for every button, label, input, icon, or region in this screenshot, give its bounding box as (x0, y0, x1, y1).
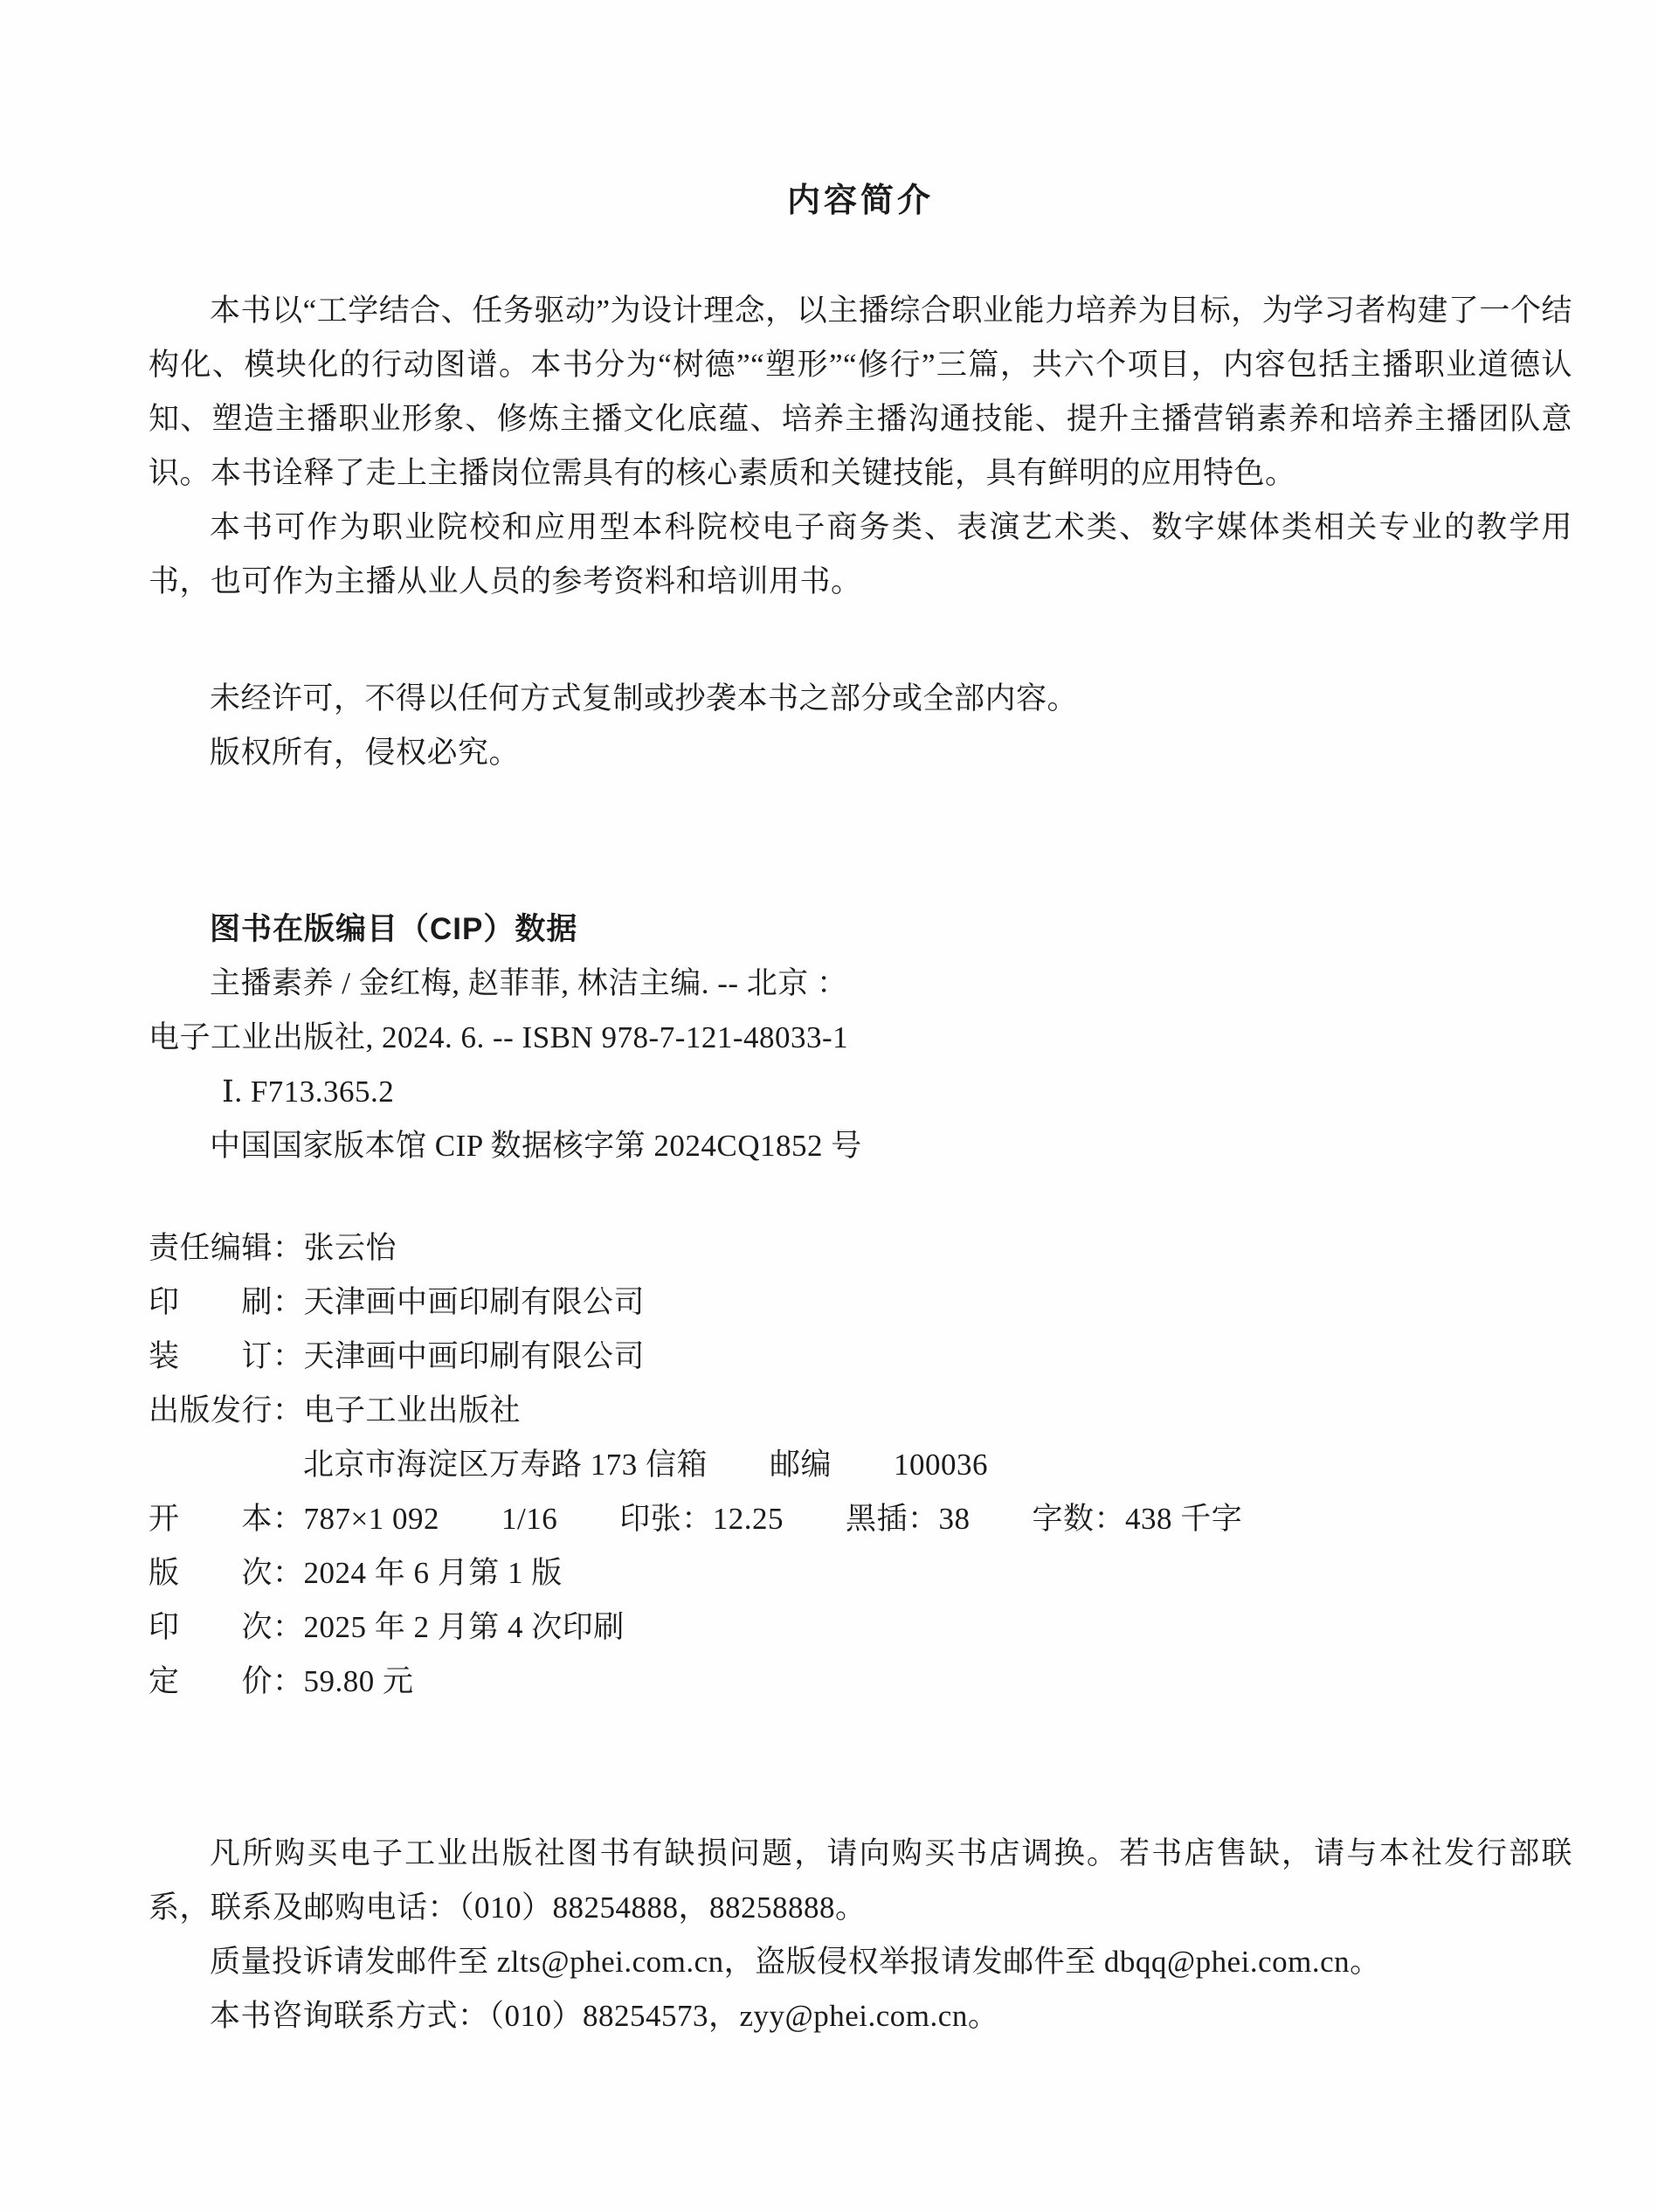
imprint-row-printer: 印 刷：天津画中画印刷有限公司 (149, 1275, 1572, 1330)
copyright-notice-section: 未经许可，不得以任何方式复制或抄袭本书之部分或全部内容。 版权所有，侵权必究。 (149, 672, 1572, 780)
imprint-value: 787×1 092 1/16 印张：12.25 黑插：38 字数：438 千字 (304, 1502, 1243, 1536)
imprint-label: 开 本： (149, 1492, 304, 1546)
imprint-row-address: 北京市海淀区万寿路 173 信箱 邮编 100036 (149, 1438, 1572, 1492)
imprint-row-editor: 责任编辑：张云怡 (149, 1221, 1572, 1275)
page-title: 内容简介 (149, 179, 1572, 223)
cip-data-section: 图书在版编目（CIP）数据 主播素养 / 金红梅, 赵菲菲, 林洁主编. -- … (149, 902, 1572, 1173)
imprint-label: 定 价： (149, 1655, 304, 1709)
imprint-row-price: 定 价：59.80 元 (149, 1655, 1572, 1709)
imprint-label: 版 次： (149, 1546, 304, 1600)
cip-heading: 图书在版编目（CIP）数据 (149, 902, 1572, 957)
footer-notes-section: 凡所购买电子工业出版社图书有缺损问题，请向购买书店调换。若书店售缺，请与本社发行… (149, 1827, 1572, 2043)
imprint-label: 责任编辑： (149, 1221, 304, 1275)
imprint-value: 电子工业出版社 (304, 1393, 522, 1427)
imprint-value: 张云怡 (304, 1231, 397, 1265)
complaint-email-notice: 质量投诉请发邮件至 zlts@phei.com.cn，盗版侵权举报请发邮件至 d… (149, 1935, 1572, 1989)
imprint-value: 59.80 元 (304, 1664, 414, 1698)
imprint-label: 出版发行： (149, 1384, 304, 1438)
inquiry-contact-notice: 本书咨询联系方式：（010）88254573，zyy@phei.com.cn。 (149, 1989, 1572, 2043)
imprint-value: 天津画中画印刷有限公司 (304, 1339, 646, 1373)
imprint-value: 北京市海淀区万寿路 173 信箱 邮编 100036 (303, 1448, 988, 1482)
imprint-row-binder: 装 订：天津画中画印刷有限公司 (149, 1330, 1572, 1384)
cip-publisher-isbn-line: 电子工业出版社, 2024. 6. -- ISBN 978-7-121-4803… (149, 1011, 1572, 1065)
imprint-row-edition: 版 次：2024 年 6 月第 1 版 (149, 1546, 1572, 1600)
imprint-value: 2025 年 2 月第 4 次印刷 (304, 1610, 625, 1644)
intro-paragraph-1: 本书以“工学结合、任务驱动”为设计理念，以主播综合职业能力培养为目标，为学习者构… (149, 284, 1572, 501)
imprint-row-publisher: 出版发行：电子工业出版社 (149, 1384, 1572, 1438)
imprint-label: 装 订： (149, 1330, 304, 1384)
purchase-exchange-notice: 凡所购买电子工业出版社图书有缺损问题，请向购买书店调换。若书店售缺，请与本社发行… (149, 1827, 1572, 1935)
imprint-label: 印 刷： (149, 1275, 304, 1330)
imprint-value: 2024 年 6 月第 1 版 (304, 1556, 563, 1590)
intro-section: 本书以“工学结合、任务驱动”为设计理念，以主播综合职业能力培养为目标，为学习者构… (149, 284, 1572, 609)
book-copyright-page: 内容简介 本书以“工学结合、任务驱动”为设计理念，以主播综合职业能力培养为目标，… (0, 0, 1658, 2212)
cip-record-number-line: 中国国家版本馆 CIP 数据核字第 2024CQ1852 号 (149, 1119, 1572, 1173)
all-rights-reserved-notice: 版权所有，侵权必究。 (149, 726, 1572, 780)
imprint-label: 印 次： (149, 1600, 304, 1655)
cip-title-authors-line: 主播素养 / 金红梅, 赵菲菲, 林洁主编. -- 北京 ： (149, 957, 1572, 1011)
imprint-section: 责任编辑：张云怡 印 刷：天津画中画印刷有限公司 装 订：天津画中画印刷有限公司… (149, 1221, 1572, 1709)
imprint-row-printing: 印 次：2025 年 2 月第 4 次印刷 (149, 1600, 1572, 1655)
imprint-row-format: 开 本：787×1 092 1/16 印张：12.25 黑插：38 字数：438… (149, 1492, 1572, 1546)
intro-paragraph-2: 本书可作为职业院校和应用型本科院校电子商务类、表演艺术类、数字媒体类相关专业的教… (149, 501, 1572, 609)
cip-classification-line: Ⅰ. F713.365.2 (149, 1065, 1572, 1119)
no-copy-notice: 未经许可，不得以任何方式复制或抄袭本书之部分或全部内容。 (149, 672, 1572, 726)
imprint-value: 天津画中画印刷有限公司 (304, 1285, 646, 1319)
